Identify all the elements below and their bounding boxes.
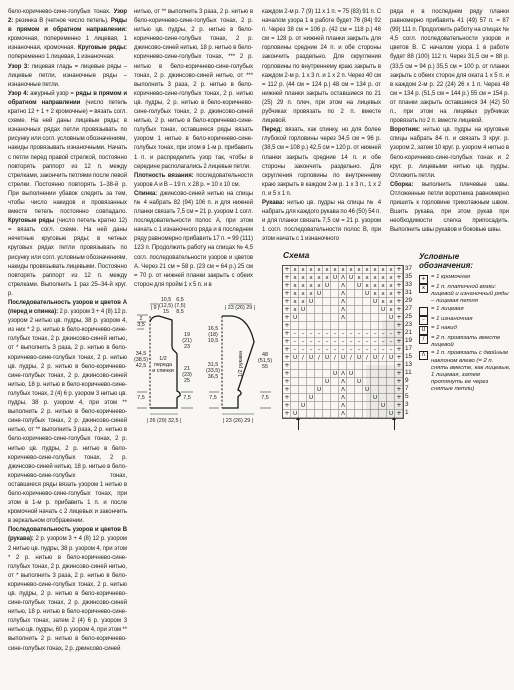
chart-cell: x — [355, 274, 363, 282]
chart-cell — [331, 386, 339, 394]
chart-cell — [315, 322, 323, 330]
chart-cell: – — [355, 346, 363, 354]
chart-cell: U — [299, 402, 307, 410]
chart-cell: – — [339, 330, 347, 338]
chart-cell — [291, 362, 299, 370]
chart-cell: U — [331, 274, 339, 282]
chart-cell: U — [387, 354, 395, 362]
chart-row: +xxUΛUxx+ — [283, 298, 403, 306]
chart-cell: U — [347, 274, 355, 282]
chart-cell — [379, 378, 387, 386]
chart-cell: x — [371, 274, 379, 282]
chart-cell: Λ — [339, 314, 347, 322]
chart-cell: x — [363, 266, 371, 274]
chart-cell: x — [299, 290, 307, 298]
chart-cell — [315, 410, 323, 418]
legend-item: += 1 кромочная — [419, 274, 511, 282]
chart-cell: – — [307, 330, 315, 338]
chart-cell — [363, 298, 371, 306]
chart-cell — [347, 386, 355, 394]
chart-cell — [379, 386, 387, 394]
chart-cell: – — [299, 338, 307, 346]
measurement-label: 23,5 — [137, 316, 145, 328]
chart-cell: + — [283, 402, 291, 410]
chart-cell — [331, 282, 339, 290]
chart-cell: x — [299, 274, 307, 282]
measurement-label: 48(51,5)55 — [258, 352, 272, 370]
chart-cell: + — [283, 274, 291, 282]
chart-cell: – — [339, 338, 347, 346]
chart-cell — [315, 362, 323, 370]
chart-cell: x — [323, 274, 331, 282]
chart-row: +UΛU+ — [283, 370, 403, 378]
paragraph: Воротник: нитью цв. пудры на круговые сп… — [390, 126, 509, 181]
chart-cell: + — [395, 290, 403, 298]
chart-cell: + — [283, 338, 291, 346]
chart-cell — [363, 362, 371, 370]
chart-cell: – — [347, 338, 355, 346]
chart-cell: Λ — [339, 298, 347, 306]
chart-cell — [315, 314, 323, 322]
text-column-1: бело-коричнево-сине-голубых тонах. Узор … — [8, 8, 127, 680]
chart-cell: Λ — [339, 370, 347, 378]
chart-cell: x — [307, 290, 315, 298]
chart-cell — [331, 322, 339, 330]
chart-cell — [363, 394, 371, 402]
chart-cell — [339, 322, 347, 330]
chart-cell — [355, 306, 363, 314]
legend-item: Λ= 1 п. провязать с двойным наклоном вле… — [419, 350, 511, 393]
chart-cell: – — [379, 330, 387, 338]
chart-cell — [323, 306, 331, 314]
chart-cell: U — [355, 354, 363, 362]
chart-cell: / — [299, 354, 307, 362]
chart-cell: – — [331, 330, 339, 338]
chart-cell: U — [371, 298, 379, 306]
chart-cell: – — [347, 330, 355, 338]
chart-cell: x — [291, 266, 299, 274]
chart-cell: – — [387, 330, 395, 338]
chart-cell: U — [307, 298, 315, 306]
chart-row-number: 3 — [405, 401, 421, 409]
chart-cell: – — [331, 338, 339, 346]
chart-cell: / — [363, 354, 371, 362]
chart-cell: U — [323, 378, 331, 386]
paragraph: Сборка: выполнить плечевые швы. Отложенн… — [390, 181, 509, 236]
chart-cell: x — [291, 298, 299, 306]
legend-item-text: = 2 п. провязать вместе лицевой — [431, 335, 511, 349]
chart-cell: – — [323, 330, 331, 338]
chart-cell — [299, 314, 307, 322]
chart-cell — [307, 402, 315, 410]
chart-cell — [379, 362, 387, 370]
chart-cell — [379, 370, 387, 378]
chart-cell — [323, 290, 331, 298]
chart-cell: – — [355, 330, 363, 338]
chart-legend: Условные обозначения: += 1 кромочнаяx= 1… — [419, 252, 511, 395]
chart-cell: U — [291, 354, 299, 362]
chart-cell — [387, 394, 395, 402]
legend-title-line2: обозначения: — [419, 261, 473, 270]
chart-cell: + — [395, 378, 403, 386]
chart-row: +UΛU+ — [283, 402, 403, 410]
legend-item: U= 1 накид — [419, 325, 511, 333]
stitch-chart: Схема +xxxxxxxxxxxxx++xxxxxUΛUxxxxx++xxx… — [282, 250, 422, 438]
chart-cell — [355, 290, 363, 298]
chart-cell: U — [339, 354, 347, 362]
chart-cell: U — [315, 290, 323, 298]
chart-cell — [331, 306, 339, 314]
chart-cell: x — [347, 266, 355, 274]
legend-item-text: = 1 кромочная — [431, 274, 511, 281]
chart-cell: – — [323, 338, 331, 346]
chart-row: ++ — [283, 362, 403, 370]
chart-cell: – — [363, 330, 371, 338]
paragraph: Последовательность узоров и цветов В (ру… — [8, 526, 127, 653]
chart-cell: + — [283, 314, 291, 322]
chart-cell: – — [379, 346, 387, 354]
legend-item: –= 1 изнаночная — [419, 316, 511, 324]
chart-cell — [363, 402, 371, 410]
chart-cell: – — [315, 338, 323, 346]
chart-cell: + — [395, 338, 403, 346]
chart-cell: x — [307, 274, 315, 282]
chart-cell — [371, 410, 379, 418]
chart-cell: x — [299, 298, 307, 306]
chart-cell: + — [283, 298, 291, 306]
chart-cell — [323, 402, 331, 410]
chart-cell — [387, 378, 395, 386]
legend-item-text: = 1 п. платочной вязки: лицевой и изнано… — [431, 284, 511, 305]
chart-cell — [347, 378, 355, 386]
chart-cell: – — [323, 346, 331, 354]
chart-cell — [291, 322, 299, 330]
chart-row: +UΛU+ — [283, 314, 403, 322]
chart-cell — [307, 370, 315, 378]
chart-cell — [363, 378, 371, 386]
chart-cell — [355, 386, 363, 394]
legend-item-text: = 1 накид — [431, 325, 511, 332]
chart-cell — [347, 290, 355, 298]
chart-cell: + — [395, 410, 403, 418]
legend-item: /= 2 п. провязать вместе лицевой — [419, 335, 511, 349]
chart-cell: x — [371, 266, 379, 274]
chart-cell: – — [387, 338, 395, 346]
chart-cell: U — [355, 378, 363, 386]
chart-cell — [379, 394, 387, 402]
chart-cell — [323, 370, 331, 378]
chart-cell — [355, 410, 363, 418]
chart-cell: + — [395, 354, 403, 362]
measurement-label: 31,5(33,5)36,5 — [206, 362, 220, 380]
chart-cell: x — [371, 282, 379, 290]
chart-cell — [307, 314, 315, 322]
chart-cell — [323, 298, 331, 306]
chart-cell: + — [283, 290, 291, 298]
chart-cell: x — [387, 298, 395, 306]
chart-cell: Λ — [339, 402, 347, 410]
chart-cell: x — [315, 282, 323, 290]
text-column-3: каждом 2-м р. 7 (9) 11 х 1 п. = 75 (83) … — [262, 8, 381, 254]
legend-item-text: = 1 п. провязать с двойным наклоном влев… — [431, 350, 511, 393]
chart-cell: U — [291, 314, 299, 322]
chart-cell — [355, 298, 363, 306]
chart-cell — [355, 370, 363, 378]
text-column-2: нитью, от ** выполнить 3 раза, 2 р. нить… — [134, 8, 253, 306]
chart-cell: – — [363, 338, 371, 346]
chart-cell — [323, 362, 331, 370]
measurement-label: 16,5(18)19,5 — [208, 326, 219, 344]
stitch-symbol-icon: Λ — [419, 351, 428, 360]
chart-row: +UΛU+ — [283, 410, 403, 418]
chart-cell: x — [379, 282, 387, 290]
legend-items: += 1 кромочнаяx= 1 п. платочной вязки: л… — [419, 274, 511, 393]
chart-cell — [331, 378, 339, 386]
chart-cell — [355, 362, 363, 370]
chart-cell: – — [331, 346, 339, 354]
chart-cell: + — [283, 410, 291, 418]
chart-cell: – — [291, 338, 299, 346]
chart-cell: + — [395, 362, 403, 370]
chart-cell — [331, 394, 339, 402]
chart-cell: + — [395, 370, 403, 378]
chart-cell: – — [307, 346, 315, 354]
chart-cell — [347, 410, 355, 418]
measurement-label: 21(23)25 — [182, 366, 192, 384]
measurement-label: | 23 (26) 29 | — [225, 305, 255, 311]
chart-cell — [371, 306, 379, 314]
chart-row: +xxxxUΛUxxxx+ — [283, 282, 403, 290]
chart-cell — [347, 394, 355, 402]
chart-cell — [315, 306, 323, 314]
measurement-label: | 26 (29) 32,5 | — [147, 418, 182, 424]
legend-title-line1: Условные — [419, 252, 459, 261]
chart-cell — [363, 314, 371, 322]
chart-cell: x — [379, 266, 387, 274]
chart-cell: – — [347, 346, 355, 354]
chart-cell — [339, 362, 347, 370]
stitch-symbol-icon: – — [419, 316, 428, 325]
legend-item-text: = 1 изнаночная — [431, 316, 511, 323]
measurement-label: 1/2 рукава — [238, 351, 244, 377]
chart-cell — [371, 314, 379, 322]
chart-cell — [371, 370, 379, 378]
measurement-label: 7,5 — [261, 395, 269, 401]
chart-cell: Λ — [339, 290, 347, 298]
chart-cell: x — [299, 266, 307, 274]
chart-row: +UΛU+ — [283, 378, 403, 386]
chart-cell — [347, 362, 355, 370]
measurement-label: 19(21)23 — [182, 332, 192, 350]
text-column-4: ряда и в последнем ряду планки равномерн… — [390, 8, 509, 250]
chart-cell: / — [331, 354, 339, 362]
chart-cell: / — [347, 354, 355, 362]
chart-row: +xxxxxUΛUxxxxx+ — [283, 274, 403, 282]
chart-cell: x — [387, 266, 395, 274]
chart-cell: – — [291, 330, 299, 338]
chart-cell: – — [307, 338, 315, 346]
chart-cell: x — [387, 306, 395, 314]
chart-cell: + — [283, 322, 291, 330]
knitting-schematic: | 9 |10,5(12,5)156,5(7,5)8,523,534,5(38,… — [134, 296, 284, 438]
chart-cell: U — [307, 394, 315, 402]
chart-cell — [331, 402, 339, 410]
chart-cell: U — [347, 370, 355, 378]
chart-cell — [347, 282, 355, 290]
chart-cell: – — [371, 338, 379, 346]
chart-cell — [299, 410, 307, 418]
chart-cell: + — [395, 346, 403, 354]
chart-cell: U — [331, 370, 339, 378]
chart-cell — [315, 394, 323, 402]
measurement-label: 10,5(12,5)15 — [159, 297, 173, 315]
chart-row: +–––––––––––––+ — [283, 330, 403, 338]
stitch-symbol-icon: x — [419, 284, 428, 293]
chart-cell — [315, 298, 323, 306]
chart-cell: x — [363, 274, 371, 282]
chart-cell: / — [379, 354, 387, 362]
chart-cell — [371, 362, 379, 370]
paragraph: Последовательность узоров и цветов А (пе… — [8, 299, 127, 526]
chart-cell: U — [299, 306, 307, 314]
chart-cell: Λ — [339, 386, 347, 394]
chart-cell: – — [379, 338, 387, 346]
chart-cell: x — [379, 290, 387, 298]
chart-cell: + — [395, 394, 403, 402]
chart-cell: + — [395, 386, 403, 394]
chart-cell — [307, 362, 315, 370]
chart-cell — [371, 322, 379, 330]
chart-cell: – — [355, 338, 363, 346]
paragraph: нитью, от ** выполнить 3 раза, 2 р. нить… — [134, 8, 253, 172]
chart-cell — [299, 322, 307, 330]
chart-cell — [323, 386, 331, 394]
chart-cell: x — [379, 298, 387, 306]
chart-cell: / — [315, 354, 323, 362]
chart-cell: x — [339, 266, 347, 274]
chart-cell — [379, 314, 387, 322]
chart-cell: x — [291, 290, 299, 298]
chart-cell — [355, 322, 363, 330]
measurement-label: 7,5 — [209, 395, 217, 401]
chart-cell — [299, 386, 307, 394]
chart-cell — [379, 322, 387, 330]
paragraph: Узор 3: лицевая гладь = лицевые ряды – л… — [8, 63, 127, 90]
chart-cell — [315, 402, 323, 410]
chart-cell: x — [363, 282, 371, 290]
paragraph: Плотность вязания: последовательности уз… — [134, 172, 253, 190]
chart-cell — [291, 402, 299, 410]
chart-grid: +xxxxxxxxxxxxx++xxxxxUΛUxxxxx++xxxxUΛUxx… — [282, 265, 404, 419]
legend-item: x= 1 п. платочной вязки: лицевой и изнан… — [419, 284, 511, 305]
chart-cell: U — [379, 306, 387, 314]
chart-cell: – — [315, 346, 323, 354]
chart-cell — [355, 314, 363, 322]
chart-cell — [307, 386, 315, 394]
chart-cell: x — [331, 266, 339, 274]
chart-row: +U/U/U/U/U/U/U+ — [283, 354, 403, 362]
chart-cell: – — [291, 346, 299, 354]
chart-cell: U — [323, 282, 331, 290]
rapport-arrow-left — [298, 418, 299, 430]
chart-cell: + — [283, 346, 291, 354]
chart-cell — [347, 306, 355, 314]
chart-cell: + — [395, 330, 403, 338]
chart-cell: + — [395, 298, 403, 306]
chart-cell: + — [395, 266, 403, 274]
chart-cell: x — [307, 282, 315, 290]
chart-cell — [371, 386, 379, 394]
chart-cell: + — [395, 274, 403, 282]
chart-cell — [347, 314, 355, 322]
chart-row: +UΛU+ — [283, 386, 403, 394]
chart-cell — [363, 322, 371, 330]
chart-row: +xxxUΛUxxx+ — [283, 290, 403, 298]
chart-cell: – — [339, 346, 347, 354]
chart-cell — [331, 362, 339, 370]
chart-cell: + — [283, 354, 291, 362]
legend-item: = 1 лицевая — [419, 306, 511, 314]
chart-row: +xUΛUx+ — [283, 306, 403, 314]
chart-cell: x — [291, 306, 299, 314]
chart-cell — [291, 378, 299, 386]
chart-cell: + — [283, 362, 291, 370]
chart-cell — [299, 370, 307, 378]
chart-cell — [315, 378, 323, 386]
chart-cell — [363, 370, 371, 378]
stitch-symbol-icon: + — [419, 275, 428, 284]
chart-cell: x — [315, 266, 323, 274]
chart-cell: + — [395, 282, 403, 290]
chart-cell — [299, 362, 307, 370]
chart-cell — [355, 394, 363, 402]
stitch-symbol-icon: U — [419, 326, 428, 335]
chart-cell — [291, 394, 299, 402]
chart-cell — [299, 378, 307, 386]
chart-cell — [371, 402, 379, 410]
chart-cell: x — [315, 274, 323, 282]
chart-cell: U — [379, 402, 387, 410]
chart-cell — [347, 322, 355, 330]
chart-cell: U — [371, 394, 379, 402]
measurement-label: 1/2передаи спинки — [152, 356, 173, 374]
chart-cell: x — [299, 282, 307, 290]
chart-cell: x — [307, 266, 315, 274]
chart-title: Схема — [283, 250, 422, 260]
chart-cell — [387, 322, 395, 330]
chart-cell: x — [387, 274, 395, 282]
chart-cell: Λ — [339, 274, 347, 282]
chart-cell: + — [283, 330, 291, 338]
paragraph: каждом 2-м р. 7 (9) 11 х 1 п. = 75 (83) … — [262, 8, 381, 126]
measurement-label: 6,5(7,5)8,5 — [174, 297, 185, 315]
chart-cell — [387, 386, 395, 394]
chart-cell — [323, 322, 331, 330]
chart-cell: Λ — [339, 410, 347, 418]
paragraph: Узор 4: ажурный узор = ряды в прямом и о… — [8, 90, 127, 299]
chart-cell: – — [299, 330, 307, 338]
legend-item-text: = 1 лицевая — [431, 306, 511, 313]
chart-cell — [299, 394, 307, 402]
chart-cell — [291, 370, 299, 378]
measurement-label: | 23 (26) 29 | — [223, 418, 253, 424]
chart-cell: + — [395, 402, 403, 410]
rapport-arrow-right — [394, 418, 395, 430]
chart-cell: x — [387, 290, 395, 298]
chart-cell: – — [315, 330, 323, 338]
chart-cell: U — [363, 290, 371, 298]
chart-cell: – — [387, 346, 395, 354]
